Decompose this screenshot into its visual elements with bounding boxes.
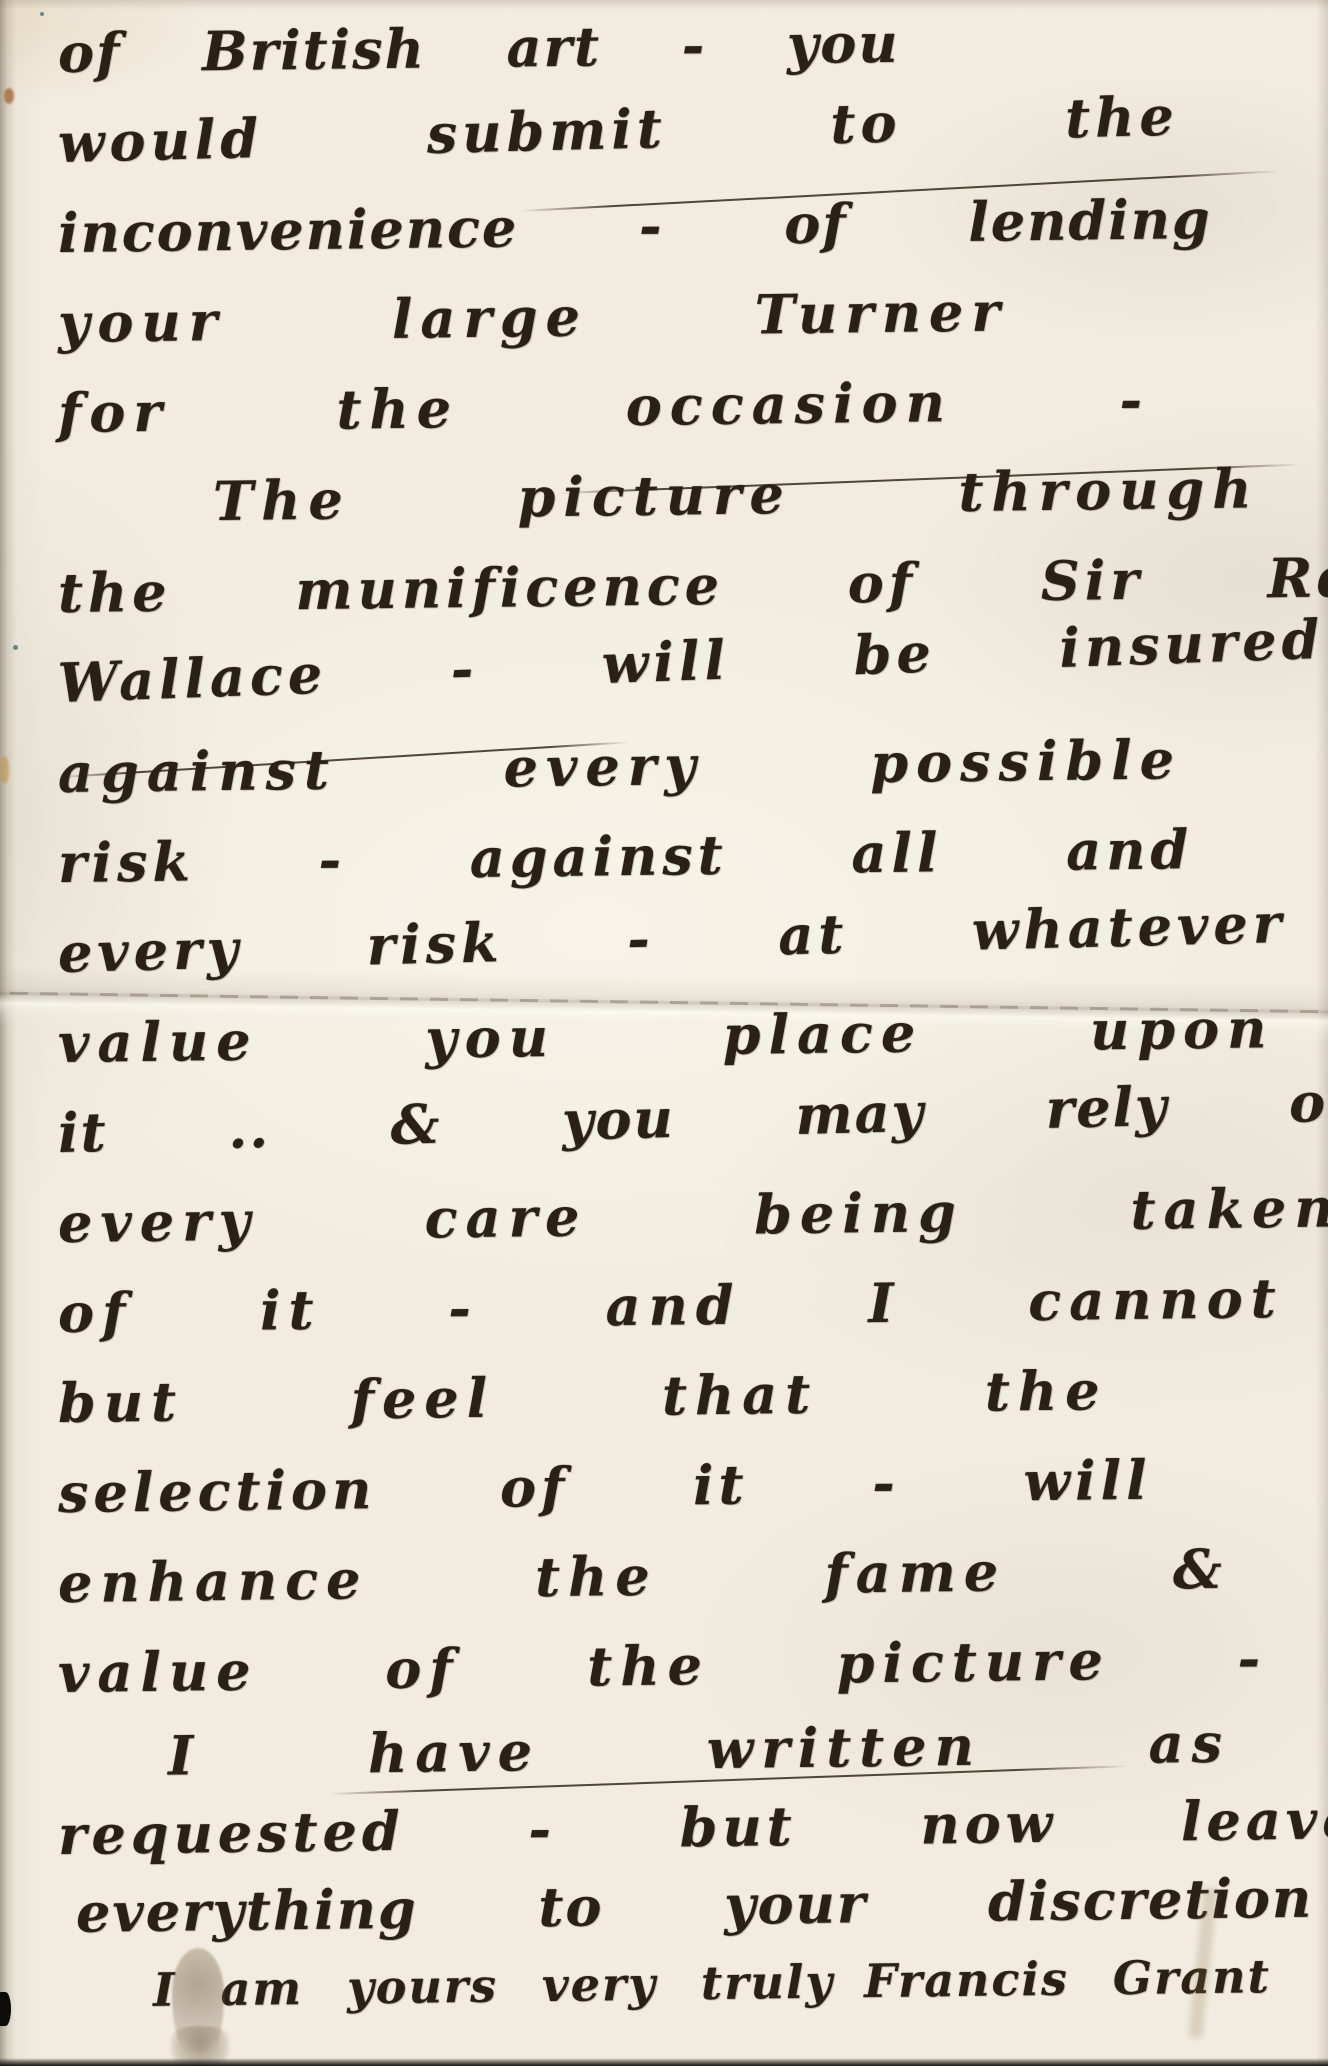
closing-phrase: I am yours very truly bbox=[153, 1955, 835, 2017]
manuscript-line: for the occasion - bbox=[57, 353, 1308, 458]
manuscript-line: I am yours very truly Francis Grant bbox=[58, 1937, 1309, 2030]
rust-speck bbox=[4, 88, 14, 104]
manuscript-line: requested - but now leave bbox=[58, 1781, 1309, 1874]
ink-speck bbox=[40, 12, 44, 16]
manuscript-line: I have written as bbox=[58, 1703, 1309, 1796]
scan-edge-bottom bbox=[0, 2058, 1328, 2066]
manuscript-line: your large Turner bbox=[57, 263, 1308, 368]
letter-page: of British art - you would submit to the… bbox=[0, 0, 1328, 2066]
ink-speck bbox=[13, 645, 18, 650]
manuscript-line: against every possible bbox=[57, 713, 1308, 818]
letter-body: of British art - you would submit to the… bbox=[58, 8, 1308, 2030]
manuscript-line: of it - and I cannot bbox=[57, 1253, 1308, 1358]
scan-edge-left bbox=[0, 0, 16, 2066]
rust-speck bbox=[0, 756, 9, 784]
manuscript-line: selection of it - will bbox=[57, 1433, 1308, 1538]
manuscript-line: every care being taken bbox=[57, 1163, 1308, 1268]
manuscript-line: enhance the fame & bbox=[57, 1523, 1308, 1628]
manuscript-line: The picture through bbox=[57, 443, 1308, 548]
manuscript-line: everything to your discretion bbox=[58, 1859, 1309, 1952]
scan-artifact-corner bbox=[0, 1992, 11, 2026]
manuscript-line: but feel that the bbox=[57, 1343, 1308, 1448]
manuscript-line: value of the picture - bbox=[57, 1613, 1308, 1718]
manuscript-line: inconvenience - of lending bbox=[57, 173, 1308, 278]
